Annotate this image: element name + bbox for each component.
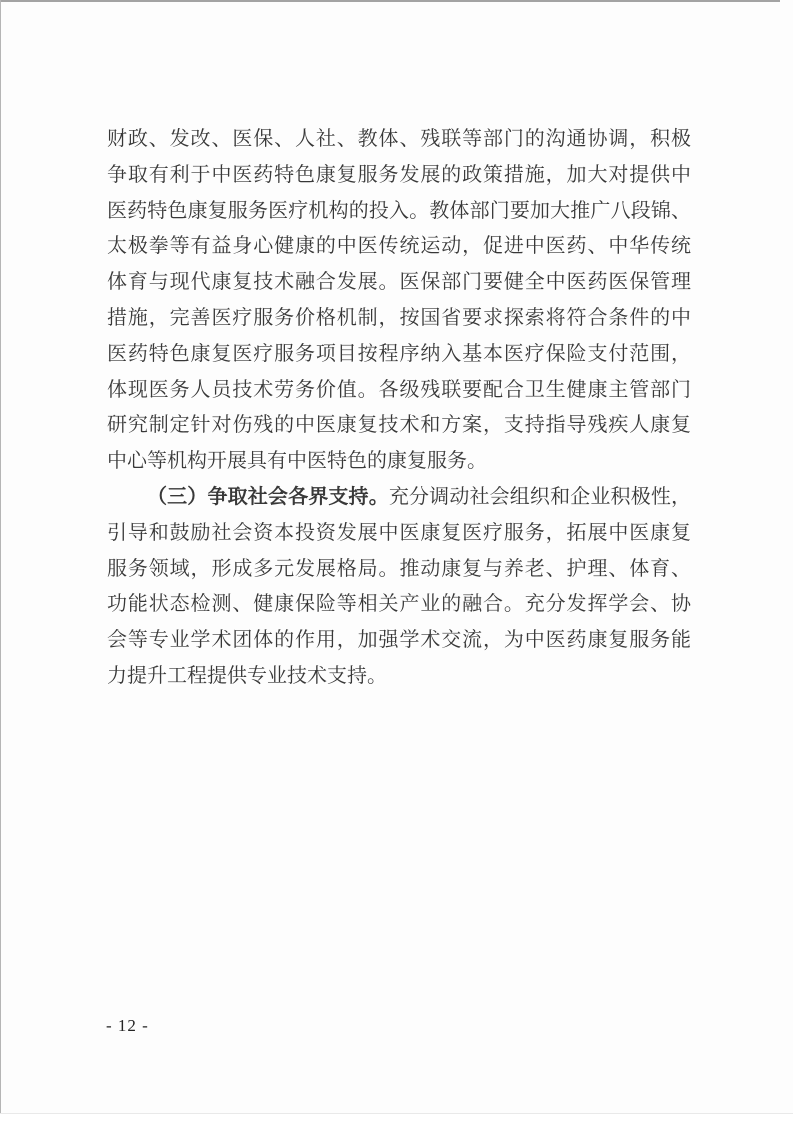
text-line: 功能状态检测、健康保险等相关产业的融合。充分发挥学会、协 [107, 587, 691, 623]
text-line: 服务领域，形成多元发展格局。推动康复与养老、护理、体育、 [107, 552, 691, 588]
text-line: 会等专业学术团体的作用，加强学术交流，为中医药康复服务能 [107, 623, 691, 659]
page-number: - 12 - [106, 1016, 149, 1036]
text-line: 措施，完善医疗服务价格机制，按国省要求探索将符合条件的中 [107, 301, 691, 337]
scan-edge-left [0, 0, 1, 1122]
text-line: 医药特色康复服务医疗机构的投入。教体部门要加大推广八段锦、 [107, 194, 691, 230]
text-line: 体育与现代康复技术融合发展。医保部门要健全中医药医保管理 [107, 265, 691, 301]
text-line: 太极拳等有益身心健康的中医传统运动，促进中医药、中华传统 [107, 229, 691, 265]
text-line: 中心等机构开展具有中医特色的康复服务。 [107, 444, 691, 480]
text-line: 研究制定针对伤残的中医康复技术和方案，支持指导残疾人康复 [107, 408, 691, 444]
scan-edge-top [0, 0, 780, 2]
paragraph-heading: （三）争取社会各界支持。 [147, 486, 389, 508]
text-line: 财政、发改、医保、人社、教体、残联等部门的沟通协调，积极 [107, 122, 691, 158]
text-line: 争取有利于中医药特色康复服务发展的政策措施，加大对提供中 [107, 158, 691, 194]
text-line: 体现医务人员技术劳务价值。各级残联要配合卫生健康主管部门 [107, 373, 691, 409]
text-line: （三）争取社会各界支持。充分调动社会组织和企业积极性， [107, 480, 691, 516]
text-line: 医药特色康复医疗服务项目按程序纳入基本医疗保险支付范围， [107, 337, 691, 373]
text-line: 力提升工程提供专业技术支持。 [107, 659, 691, 695]
scan-strip-bottom [0, 1114, 793, 1122]
text-line: 引导和鼓励社会资本投资发展中医康复医疗服务，拓展中医康复 [107, 516, 691, 552]
document-text: 财政、发改、医保、人社、教体、残联等部门的沟通协调，积极争取有利于中医药特色康复… [107, 122, 691, 695]
